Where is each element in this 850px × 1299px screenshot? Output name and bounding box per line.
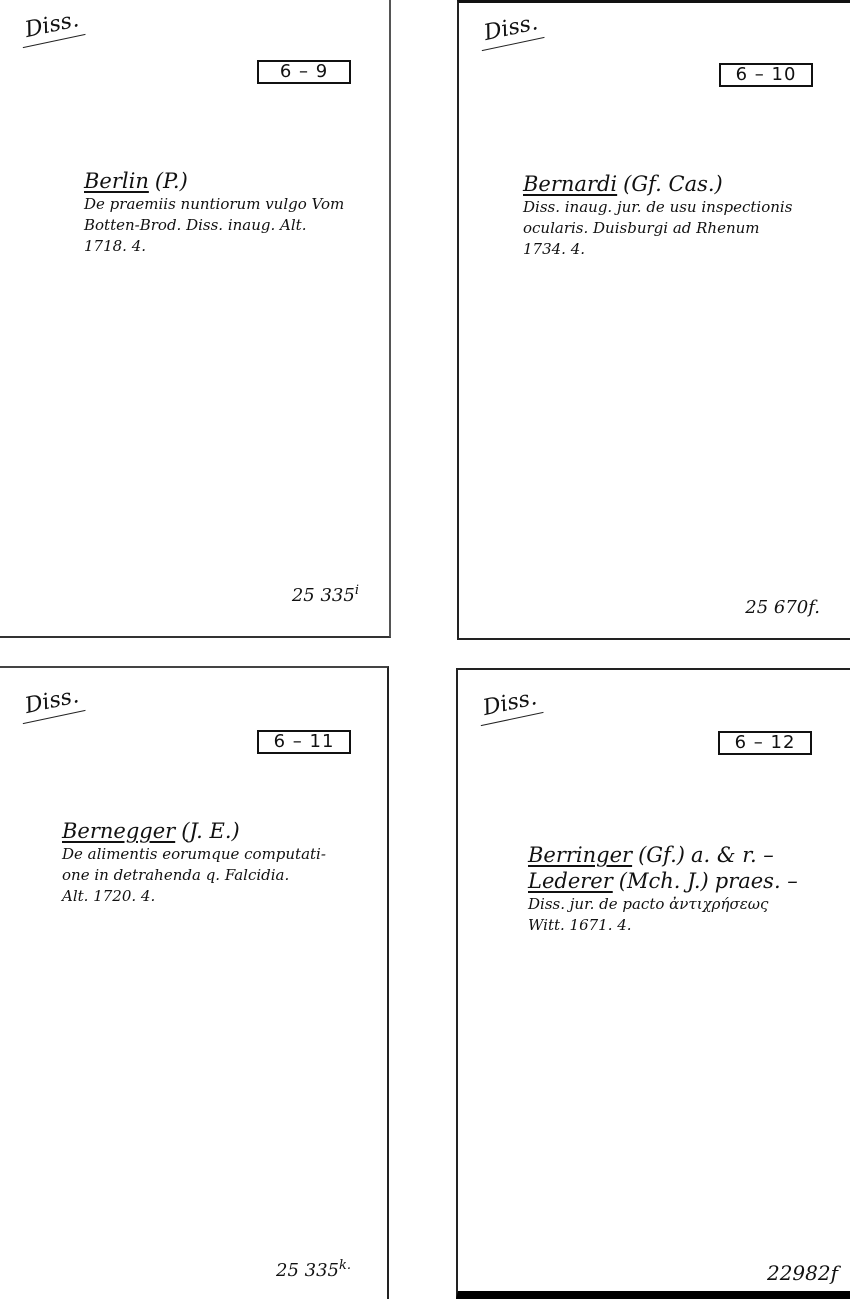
title-line: De alimentis eorumque computati- [62,844,367,865]
author-name: Berlin [84,169,149,193]
catalog-entry: Bernegger(J. E.) De alimentis eorumque c… [62,818,367,907]
category-label: Diss. [23,683,81,719]
imprint-line: Witt. 1671. 4. [528,915,833,936]
shelf-number: 25 335 [276,1260,339,1281]
call-number-box: 6 – 11 [257,730,351,754]
catalog-card-4: Diss. 6 – 12 Berringer(Gf.)a. & r. – Led… [456,668,850,1299]
author-heading: Berlin(P.) [84,168,389,194]
catalog-entry: Berlin(P.) De praemiis nuntiorum vulgo V… [84,168,389,257]
imprint-line: Alt. 1720. 4. [62,886,367,907]
shelf-mark: 22982f [767,1261,838,1285]
category-label: Diss. [23,7,81,43]
call-number-box: 6 – 10 [719,63,813,87]
shelf-suffix: f. [808,597,820,618]
author-heading: Bernegger(J. E.) [62,818,367,844]
call-number-box: 6 – 9 [257,60,351,84]
author-heading: Berringer(Gf.)a. & r. – [528,842,833,868]
title-line: one in detrahenda q. Falcidia. [62,865,367,886]
author-initials: (Gf.) [638,843,685,867]
title-line: De praemiis nuntiorum vulgo Vom [84,194,389,215]
author-initials: (Gf. Cas.) [623,172,723,196]
author-initials: (P.) [155,169,188,193]
author-name: Bernegger [62,819,175,843]
author-initials: (J. E.) [181,819,240,843]
second-author-name: Lederer [528,869,613,893]
catalog-card-1: Diss. 6 – 9 Berlin(P.) De praemiis nunti… [0,0,391,638]
catalog-card-3: Diss. 6 – 11 Bernegger(J. E.) De aliment… [0,666,389,1299]
author-name: Bernardi [523,172,617,196]
second-author-initials: (Mch. J.) [619,869,709,893]
title-line: ocularis. Duisburgi ad Rhenum [523,218,828,239]
second-author-role: praes. – [715,869,798,893]
category-label: Diss. [481,685,539,721]
shelf-mark: 25 670f. [745,597,820,618]
shelf-mark: 25 335i [292,583,359,606]
title-line: Diss. jur. de pacto ἀντιχρήσεως [528,894,833,915]
shelf-suffix: k. [339,1258,351,1273]
catalog-entry: Berringer(Gf.)a. & r. – Lederer(Mch. J.)… [528,842,833,936]
title-line: Diss. inaug. jur. de usu inspectionis [523,197,828,218]
category-label: Diss. [482,10,540,46]
catalog-card-2: Diss. 6 – 10 Bernardi(Gf. Cas.) Diss. in… [457,0,850,640]
catalog-entry: Bernardi(Gf. Cas.) Diss. inaug. jur. de … [523,171,828,260]
author-name: Berringer [528,843,632,867]
shelf-suffix: i [355,583,359,598]
title-line: Botten-Brod. Diss. inaug. Alt. [84,215,389,236]
author-role: a. & r. – [691,843,774,867]
imprint-line: 1718. 4. [84,236,389,257]
second-author-heading: Lederer(Mch. J.)praes. – [528,868,833,894]
imprint-line: 1734. 4. [523,239,828,260]
shelf-suffix: f [831,1261,838,1285]
shelf-number: 22982 [767,1261,831,1285]
shelf-number: 25 670 [745,597,808,618]
author-heading: Bernardi(Gf. Cas.) [523,171,828,197]
shelf-number: 25 335 [292,585,355,606]
call-number-box: 6 – 12 [718,731,812,755]
shelf-mark: 25 335k. [276,1258,351,1281]
